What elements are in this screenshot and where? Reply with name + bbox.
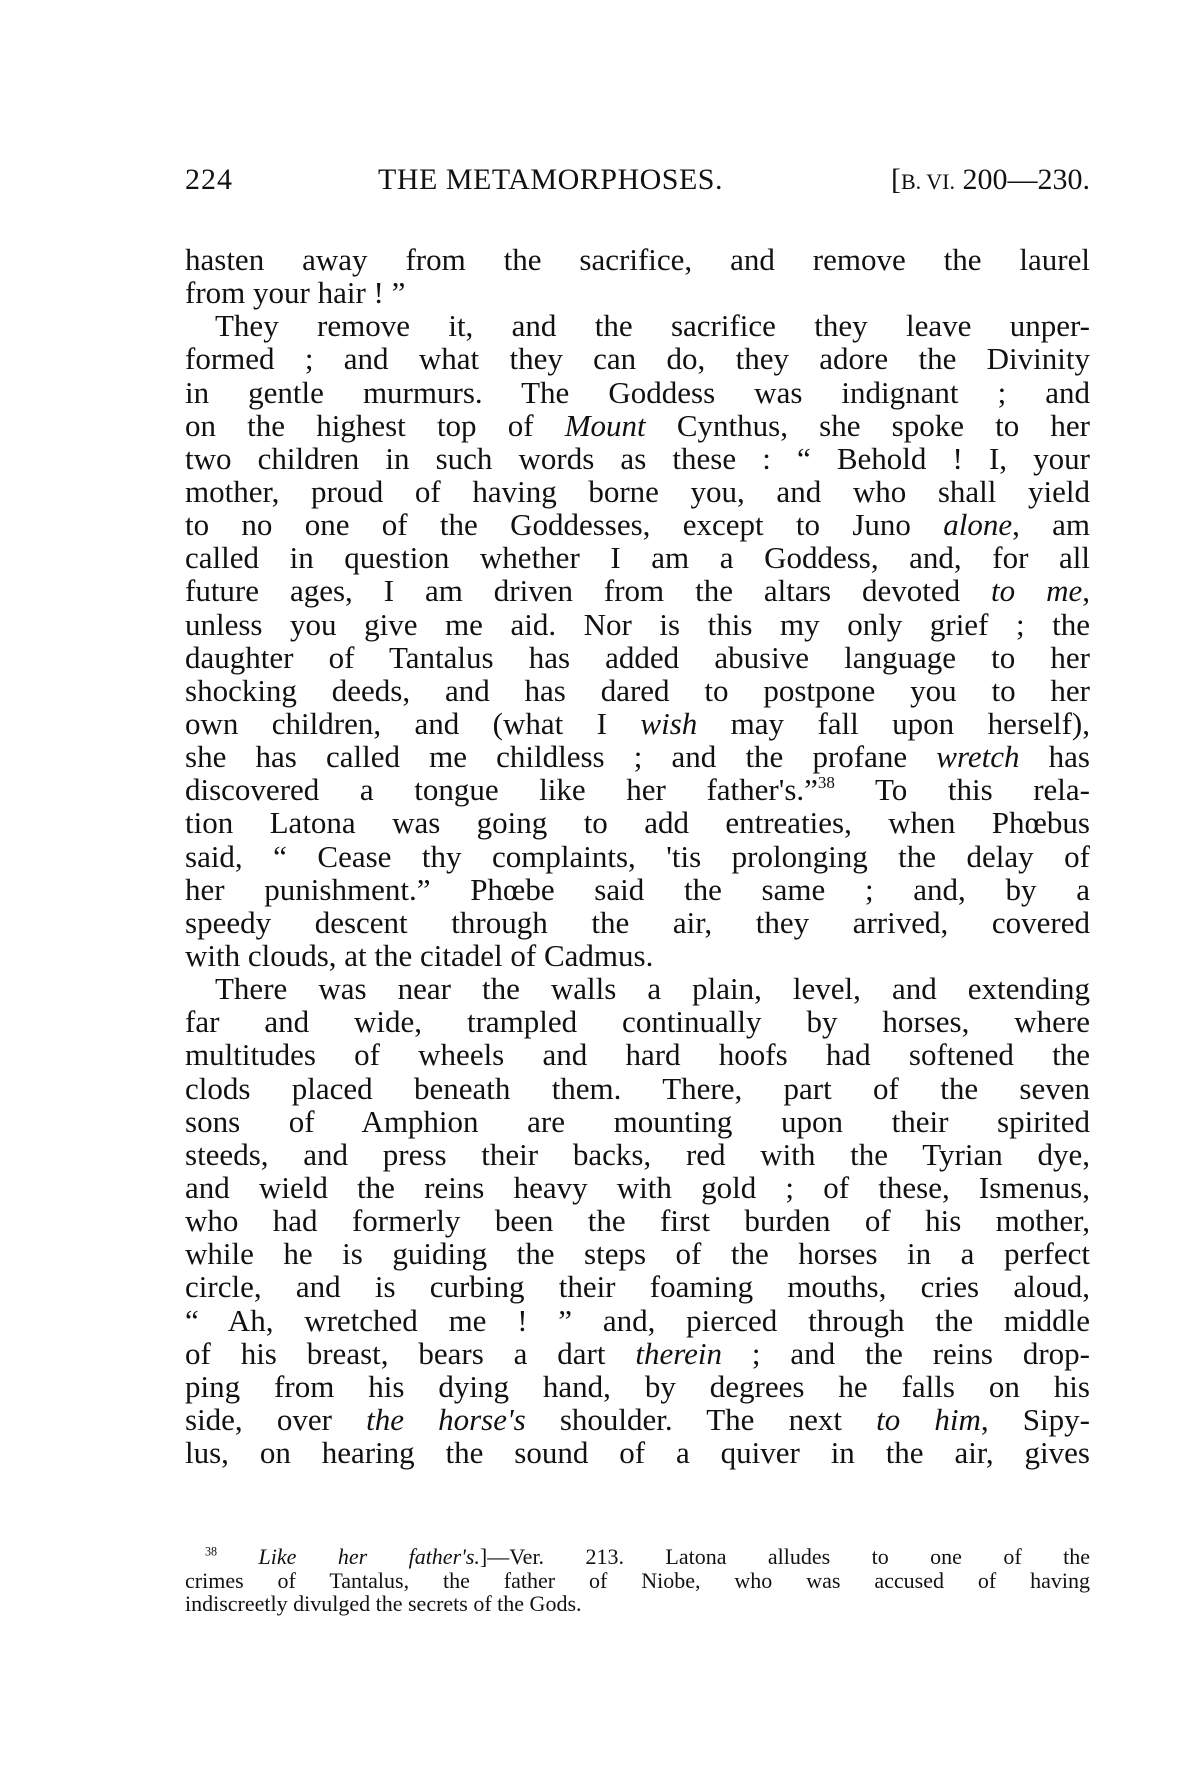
text-line: formed ; and what they can do, they ador…	[185, 342, 1090, 375]
text-run: To this rela-	[835, 772, 1090, 807]
text-run: hasten away from the sacrifice, and remo…	[185, 242, 1090, 277]
text-run: her punishment.” Phœbe said the same ; a…	[185, 872, 1090, 907]
text-line: daughter of Tantalus has added abusive l…	[185, 641, 1090, 674]
footnote-line: 38 Like her father's.]—Ver. 213. Latona …	[185, 1545, 1090, 1569]
text-run: she has called me childless ; and the pr…	[185, 739, 936, 774]
text-line: two children in such words as these : “ …	[185, 442, 1090, 475]
text-line: “ Ah, wretched me ! ” and, pierced throu…	[185, 1304, 1090, 1337]
text-line: she has called me childless ; and the pr…	[185, 740, 1090, 773]
text-line: while he is guiding the steps of the hor…	[185, 1237, 1090, 1270]
text-run: tion Latona was going to add entreaties,…	[185, 805, 1090, 840]
text-line: hasten away from the sacrifice, and remo…	[185, 243, 1090, 276]
italic-text: wish	[640, 706, 697, 741]
running-head: 224 THE METAMORPHOSES. [B. VI. 200—230.	[185, 160, 1090, 200]
text-run: clods placed beneath them. There, part o…	[185, 1071, 1090, 1106]
footnote-line: crimes of Tantalus, the father of Niobe,…	[185, 1569, 1090, 1593]
text-run: has	[1020, 739, 1090, 774]
text-run: two children in such words as these : “ …	[185, 441, 1090, 476]
text-run: steeds, and press their backs, red with …	[185, 1137, 1090, 1172]
text-run: far and wide, trampled continually by ho…	[185, 1004, 1090, 1039]
book-line-reference: [B. VI. 200—230.	[891, 160, 1090, 202]
text-run: on the highest top of	[185, 408, 565, 443]
reference-bracket: [	[891, 163, 901, 196]
footnotes: 38 Like her father's.]—Ver. 213. Latona …	[185, 1545, 1090, 1616]
text-run: side, over	[185, 1402, 366, 1437]
text-run: from your hair ! ”	[185, 275, 405, 310]
text-line: ping from his dying hand, by degrees he …	[185, 1370, 1090, 1403]
text-line: multitudes of wheels and hard hoofs had …	[185, 1038, 1090, 1071]
text-run: unless you give me aid. Nor is this my o…	[185, 607, 1090, 642]
text-run: called in question whether I am a Goddes…	[185, 540, 1090, 575]
text-run: ping from his dying hand, by degrees he …	[185, 1369, 1090, 1404]
text-line: tion Latona was going to add entreaties,…	[185, 806, 1090, 839]
reference-lines: 200—230.	[963, 163, 1091, 196]
italic-text: Mount	[565, 408, 646, 443]
text-run: ]—Ver. 213. Latona alludes to one of the	[480, 1544, 1090, 1569]
text-run: while he is guiding the steps of the hor…	[185, 1236, 1090, 1271]
text-line: They remove it, and the sacrifice they l…	[185, 309, 1090, 342]
text-line: her punishment.” Phœbe said the same ; a…	[185, 873, 1090, 906]
text-run	[217, 1544, 258, 1569]
text-line: sons of Amphion are mounting upon their …	[185, 1105, 1090, 1138]
footnote-line: indiscreetly divulged the secrets of the…	[185, 1592, 1090, 1616]
text-run: daughter of Tantalus has added abusive l…	[185, 640, 1090, 675]
text-run: own children, and (what I	[185, 706, 640, 741]
text-run: Cynthus, she spoke to her	[646, 408, 1090, 443]
text-run: , Sipy-	[981, 1402, 1090, 1437]
italic-text: therein	[635, 1336, 722, 1371]
italic-text: the horse's	[366, 1402, 526, 1437]
text-line: shocking deeds, and has dared to postpon…	[185, 674, 1090, 707]
italic-text: Like her father's.	[259, 1544, 480, 1569]
reference-book: B. VI.	[901, 169, 955, 194]
text-run: in gentle murmurs. The Goddess was indig…	[185, 375, 1090, 410]
text-run: shoulder. The next	[526, 1402, 876, 1437]
text-run: speedy descent through the air, they arr…	[185, 905, 1090, 940]
body-text: hasten away from the sacrifice, and remo…	[185, 243, 1090, 1469]
text-line: with clouds, at the citadel of Cadmus.	[185, 939, 1090, 972]
text-run: indiscreetly divulged the secrets of the…	[185, 1591, 582, 1616]
text-run: who had formerly been the first burden o…	[185, 1203, 1090, 1238]
text-line: of his breast, bears a dart therein ; an…	[185, 1337, 1090, 1370]
text-run: crimes of Tantalus, the father of Niobe,…	[185, 1568, 1090, 1593]
text-run: with clouds, at the citadel of Cadmus.	[185, 938, 653, 973]
text-line: far and wide, trampled continually by ho…	[185, 1005, 1090, 1038]
text-run: of his breast, bears a dart	[185, 1336, 635, 1371]
text-line: lus, on hearing the sound of a quiver in…	[185, 1436, 1090, 1469]
text-line: and wield the reins heavy with gold ; of…	[185, 1171, 1090, 1204]
text-run: There was near the walls a plain, level,…	[215, 971, 1090, 1006]
text-line: own children, and (what I wish may fall …	[185, 707, 1090, 740]
text-run: formed ; and what they can do, they ador…	[185, 341, 1090, 376]
italic-text: alone	[943, 507, 1012, 542]
text-line: discovered a tongue like her father's.”3…	[185, 773, 1090, 806]
text-line: clods placed beneath them. There, part o…	[185, 1072, 1090, 1105]
running-head-title: THE METAMORPHOSES.	[378, 160, 723, 200]
text-run: sons of Amphion are mounting upon their …	[185, 1104, 1090, 1139]
text-line: said, “ Cease thy complaints, 'tis prolo…	[185, 840, 1090, 873]
footnote: 38 Like her father's.]—Ver. 213. Latona …	[185, 1545, 1090, 1616]
text-line: who had formerly been the first burden o…	[185, 1204, 1090, 1237]
text-line: in gentle murmurs. The Goddess was indig…	[185, 376, 1090, 409]
text-run: shocking deeds, and has dared to postpon…	[185, 673, 1090, 708]
text-run: They remove it, and the sacrifice they l…	[215, 308, 1090, 343]
text-line: from your hair ! ”	[185, 276, 1090, 309]
text-line: future ages, I am driven from the altars…	[185, 574, 1090, 607]
text-line: circle, and is curbing their foaming mou…	[185, 1270, 1090, 1303]
text-run: mother, proud of having borne you, and w…	[185, 474, 1090, 509]
text-run: circle, and is curbing their foaming mou…	[185, 1269, 1090, 1304]
text-run: ,	[1082, 573, 1090, 608]
text-run: multitudes of wheels and hard hoofs had …	[185, 1037, 1090, 1072]
text-line: steeds, and press their backs, red with …	[185, 1138, 1090, 1171]
italic-text: to me	[991, 573, 1082, 608]
italic-text: wretch	[936, 739, 1019, 774]
text-line: to no one of the Goddesses, except to Ju…	[185, 508, 1090, 541]
text-run: ; and the reins drop-	[722, 1336, 1090, 1371]
page-number: 224	[185, 160, 233, 200]
footnote-marker: 38	[205, 1545, 217, 1559]
text-run: discovered a tongue like her father's.”	[185, 772, 818, 807]
footnote-marker: 38	[818, 773, 835, 792]
italic-text: to him	[876, 1402, 981, 1437]
text-run: said, “ Cease thy complaints, 'tis prolo…	[185, 839, 1090, 874]
text-line: There was near the walls a plain, level,…	[185, 972, 1090, 1005]
text-line: mother, proud of having borne you, and w…	[185, 475, 1090, 508]
text-line: on the highest top of Mount Cynthus, she…	[185, 409, 1090, 442]
text-run: lus, on hearing the sound of a quiver in…	[185, 1435, 1090, 1470]
text-run: to no one of the Goddesses, except to Ju…	[185, 507, 943, 542]
text-line: unless you give me aid. Nor is this my o…	[185, 608, 1090, 641]
book-page: 224 THE METAMORPHOSES. [B. VI. 200—230. …	[0, 0, 1184, 1766]
text-run: may fall upon herself),	[697, 706, 1090, 741]
text-run: “ Ah, wretched me ! ” and, pierced throu…	[185, 1303, 1090, 1338]
text-run: and wield the reins heavy with gold ; of…	[185, 1170, 1090, 1205]
text-line: speedy descent through the air, they arr…	[185, 906, 1090, 939]
text-run: future ages, I am driven from the altars…	[185, 573, 991, 608]
text-line: called in question whether I am a Goddes…	[185, 541, 1090, 574]
text-run: , am	[1012, 507, 1090, 542]
text-line: side, over the horse's shoulder. The nex…	[185, 1403, 1090, 1436]
